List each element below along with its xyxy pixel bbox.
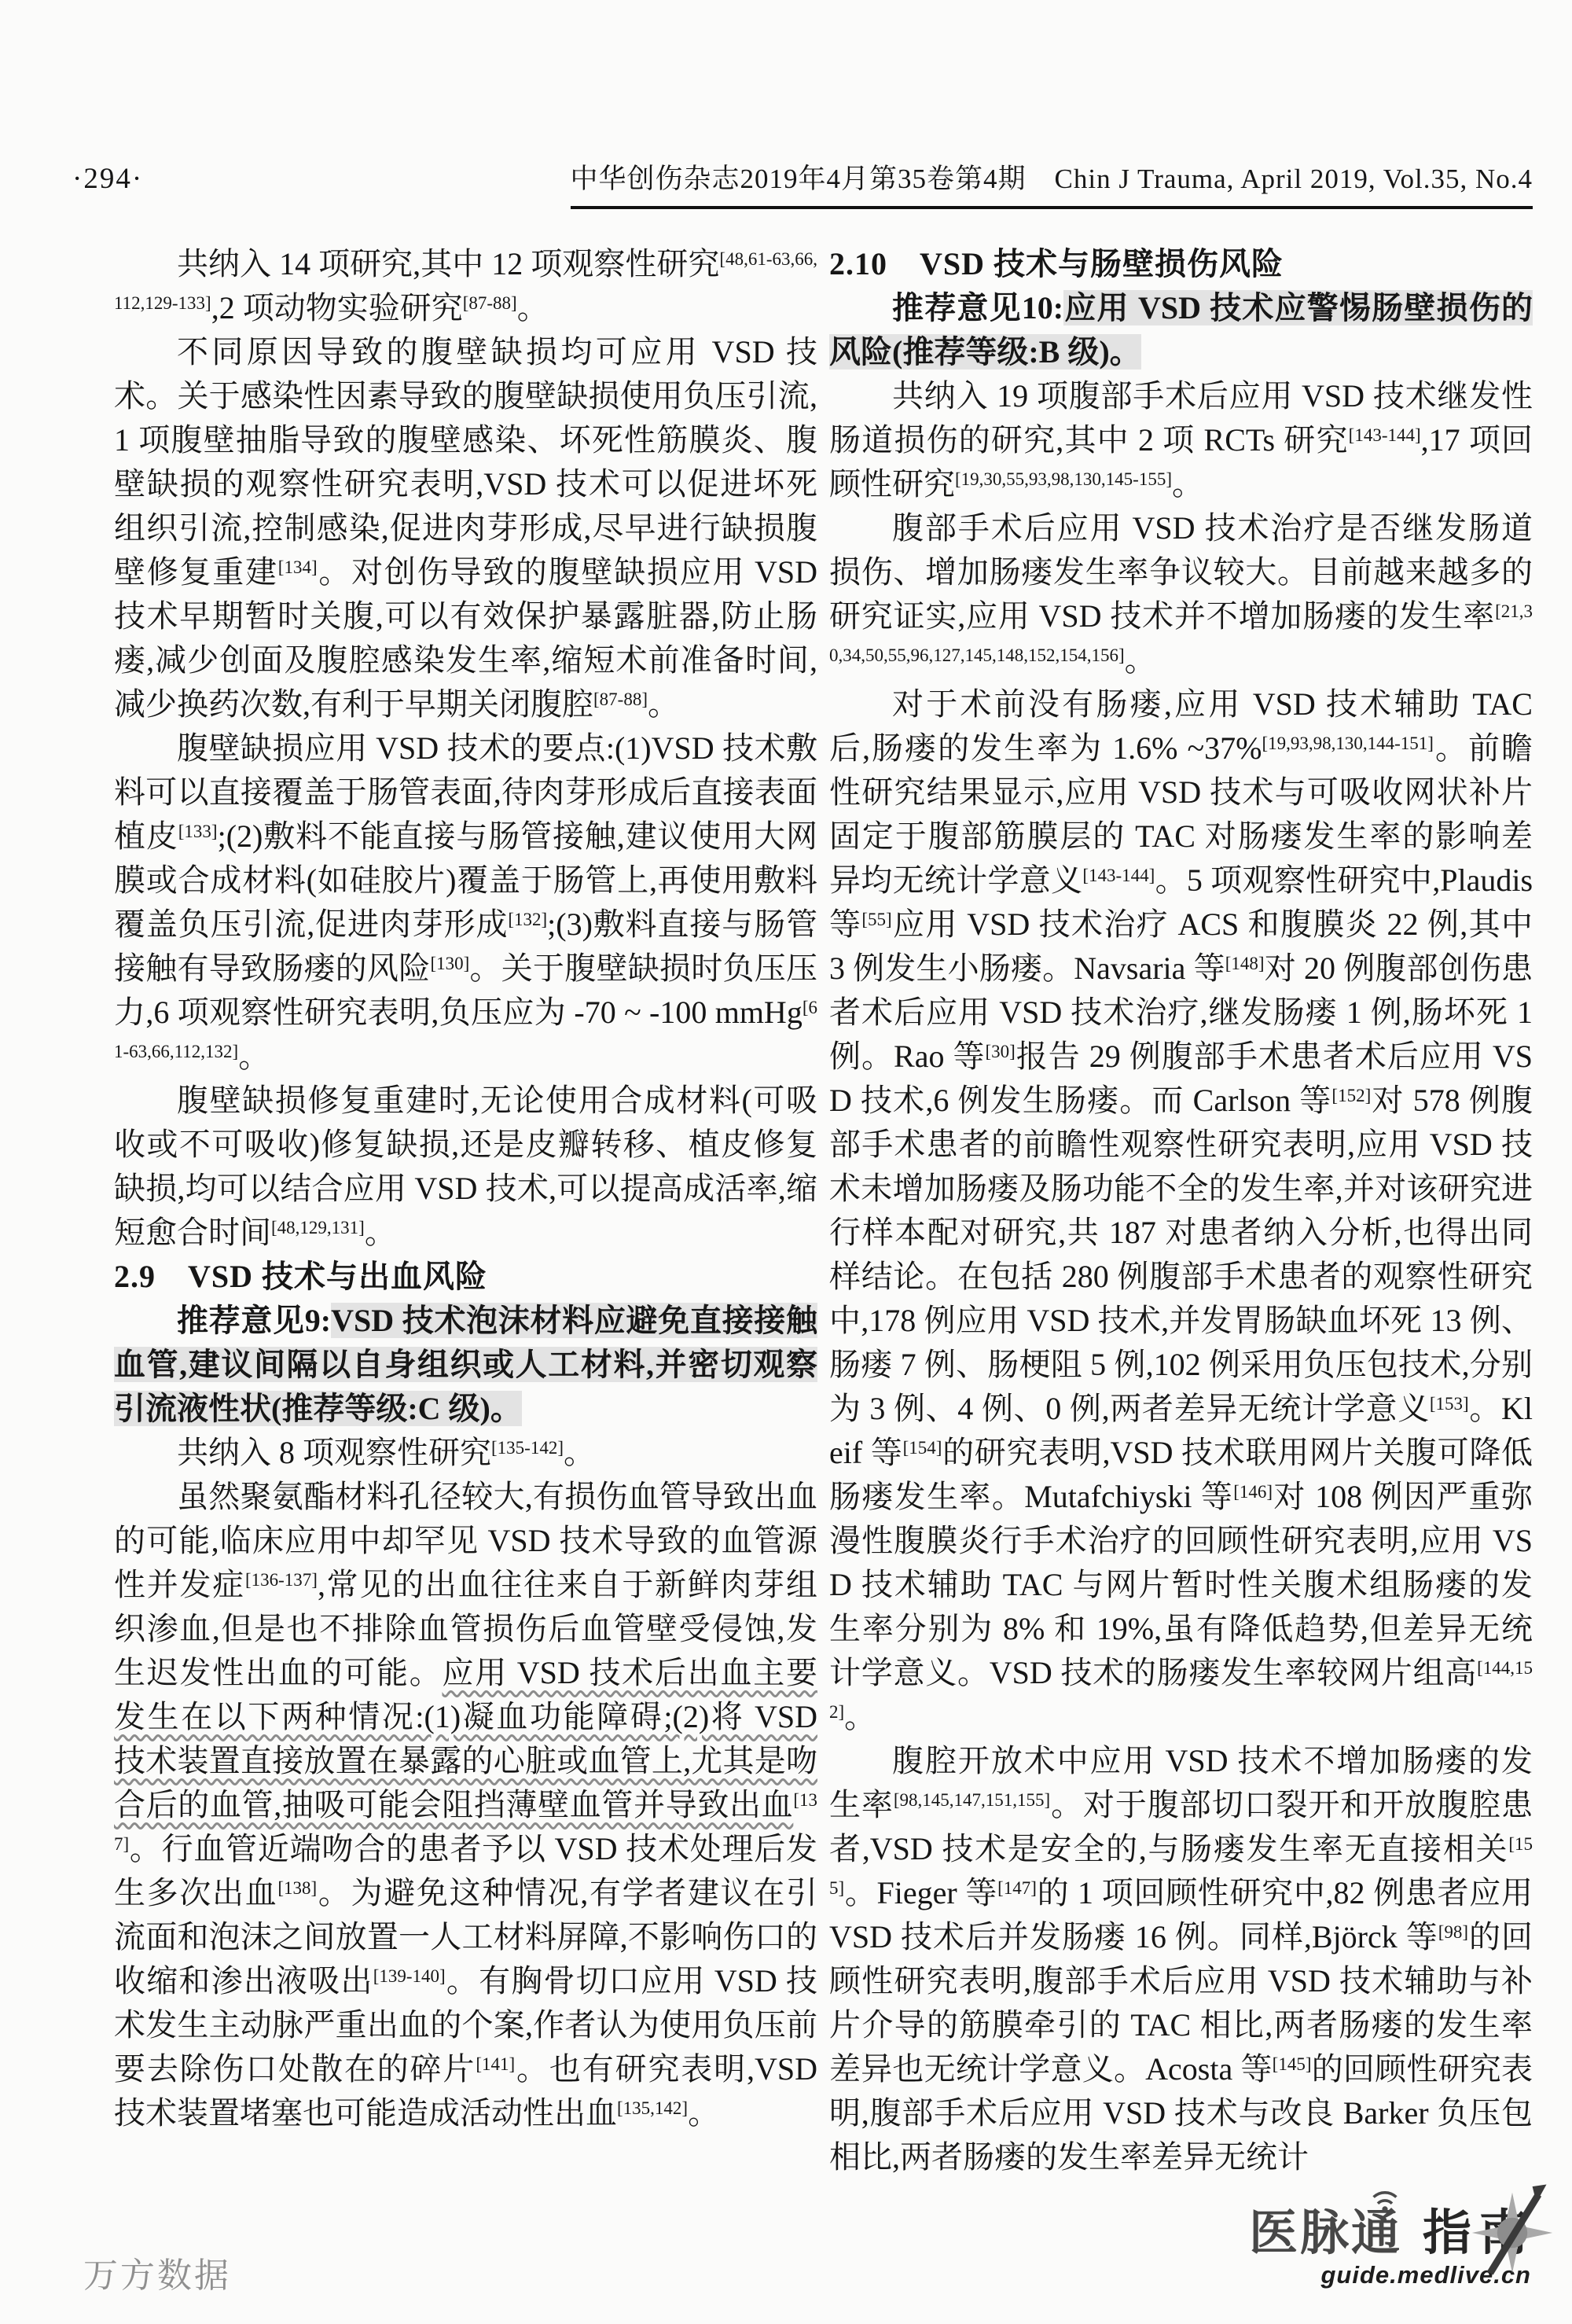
text-run: 推荐意见9: bbox=[177, 1303, 331, 1338]
section-heading: 2.9 VSD 技术与出血风险 bbox=[114, 1255, 817, 1299]
paragraph: 不同原因导致的腹壁缺损均可应用 VSD 技术。关于感染性因素导致的腹壁缺损使用负… bbox=[114, 330, 817, 726]
reference-superscript: [48,129,131] bbox=[271, 1218, 365, 1237]
page-number: ·294· bbox=[72, 162, 143, 196]
wavy-emphasis: 应用 VSD 技术后出血主要发生在以下两种情况:(1)凝血功能障碍;(2)将 V… bbox=[114, 1655, 817, 1822]
reference-superscript: [138] bbox=[277, 1878, 317, 1898]
reference-superscript: [61-63,66,112,132] bbox=[114, 998, 817, 1061]
paragraph: 腹壁缺损应用 VSD 技术的要点:(1)VSD 技术敷料可以直接覆盖于肠管表面,… bbox=[114, 726, 817, 1079]
medlive-logo: 医脉通指南 guide.medlive.cn bbox=[1249, 2206, 1536, 2289]
reference-superscript: [152] bbox=[1331, 1086, 1371, 1105]
reference-superscript: [155] bbox=[829, 1834, 1533, 1898]
reference-superscript: [19,93,98,130,144-151] bbox=[1262, 734, 1433, 753]
paragraph: 推荐意见10:应用 VSD 技术应警惕肠壁损伤的风险(推荐等级:B 级)。 bbox=[829, 286, 1533, 374]
reference-superscript: [130] bbox=[430, 954, 469, 973]
page: ·294· 中华创伤杂志2019年4月第35卷第4期 Chin J Trauma… bbox=[0, 0, 1572, 2324]
medlive-logo-row: 医脉通指南 bbox=[1249, 2206, 1536, 2261]
reference-superscript: [147] bbox=[997, 1878, 1037, 1898]
paragraph: 对于术前没有肠瘘,应用 VSD 技术辅助 TAC 后,肠瘘的发生率为 1.6% … bbox=[829, 682, 1533, 1739]
section-heading: 2.10 VSD 技术与肠壁损伤风险 bbox=[829, 242, 1533, 286]
journal-header: 中华创伤杂志2019年4月第35卷第4期 Chin J Trauma, Apri… bbox=[571, 157, 1533, 209]
reference-superscript: [98,145,147,151,155] bbox=[894, 1790, 1050, 1810]
right-column: 2.10 VSD 技术与肠壁损伤风险推荐意见10:应用 VSD 技术应警惕肠壁损… bbox=[829, 242, 1533, 2179]
paragraph: 推荐意见9:VSD 技术泡沫材料应避免直接接触血管,建议间隔以自身组织或人工材料… bbox=[114, 1299, 817, 1431]
reference-superscript: [148] bbox=[1225, 954, 1265, 973]
reference-superscript: [133] bbox=[178, 822, 218, 841]
reference-superscript: [144,152] bbox=[829, 1658, 1533, 1722]
reference-superscript: [19,30,55,93,98,130,145-155] bbox=[955, 469, 1172, 489]
paragraph: 共纳入 8 项观察性研究[135-142]。 bbox=[114, 1431, 817, 1475]
text-run: 推荐意见10: bbox=[892, 290, 1063, 325]
reference-superscript: [132] bbox=[508, 910, 547, 929]
reference-superscript: [134] bbox=[278, 557, 318, 577]
reference-superscript: [98] bbox=[1438, 1922, 1468, 1942]
paragraph: 腹腔开放术中应用 VSD 技术不增加肠瘘的发生率[98,145,147,151,… bbox=[829, 1739, 1533, 2179]
wanfang-watermark: 万方数据 bbox=[83, 2247, 231, 2297]
paragraph: 共纳入 14 项研究,其中 12 项观察性研究[48,61-63,66,112,… bbox=[114, 242, 817, 330]
left-column: 共纳入 14 项研究,其中 12 项观察性研究[48,61-63,66,112,… bbox=[114, 242, 817, 2135]
reference-superscript: [135-142] bbox=[491, 1438, 564, 1458]
signal-arcs-icon bbox=[1367, 2187, 1403, 2216]
reference-superscript: [143-144] bbox=[1082, 866, 1155, 885]
reference-superscript: [153] bbox=[1430, 1394, 1469, 1414]
reference-superscript: [143-144] bbox=[1349, 425, 1421, 445]
paragraph: 虽然聚氨酯材料孔径较大,有损伤血管导致出血的可能,临床应用中却罕见 VSD 技术… bbox=[114, 1475, 817, 2135]
compass-icon bbox=[1462, 2182, 1563, 2283]
reference-superscript: [154] bbox=[903, 1438, 942, 1458]
reference-superscript: [141] bbox=[476, 2054, 515, 2074]
reference-superscript: [145] bbox=[1273, 2054, 1312, 2074]
paragraph: 腹部手术后应用 VSD 技术治疗是否继发肠道损伤、增加肠瘘发生率争议较大。目前越… bbox=[829, 506, 1533, 682]
paragraph: 腹壁缺损修复重建时,无论使用合成材料(可吸收或不可吸收)修复缺损,还是皮瓣转移、… bbox=[114, 1079, 817, 1255]
reference-superscript: [55] bbox=[861, 910, 891, 929]
reference-superscript: [87-88] bbox=[593, 689, 648, 709]
reference-superscript: [30] bbox=[985, 1042, 1015, 1061]
reference-superscript: [136-137] bbox=[245, 1570, 318, 1590]
reference-superscript: [146] bbox=[1233, 1482, 1273, 1502]
reference-superscript: [139-140] bbox=[373, 1966, 446, 1986]
reference-superscript: [135,142] bbox=[617, 2098, 688, 2118]
paragraph: 共纳入 19 项腹部手术后应用 VSD 技术继发性肠道损伤的研究,其中 2 项 … bbox=[829, 374, 1533, 506]
reference-superscript: [87-88] bbox=[463, 293, 517, 313]
reference-superscript: [21,30,34,50,55,96,127,145,148,152,154,1… bbox=[829, 601, 1533, 665]
